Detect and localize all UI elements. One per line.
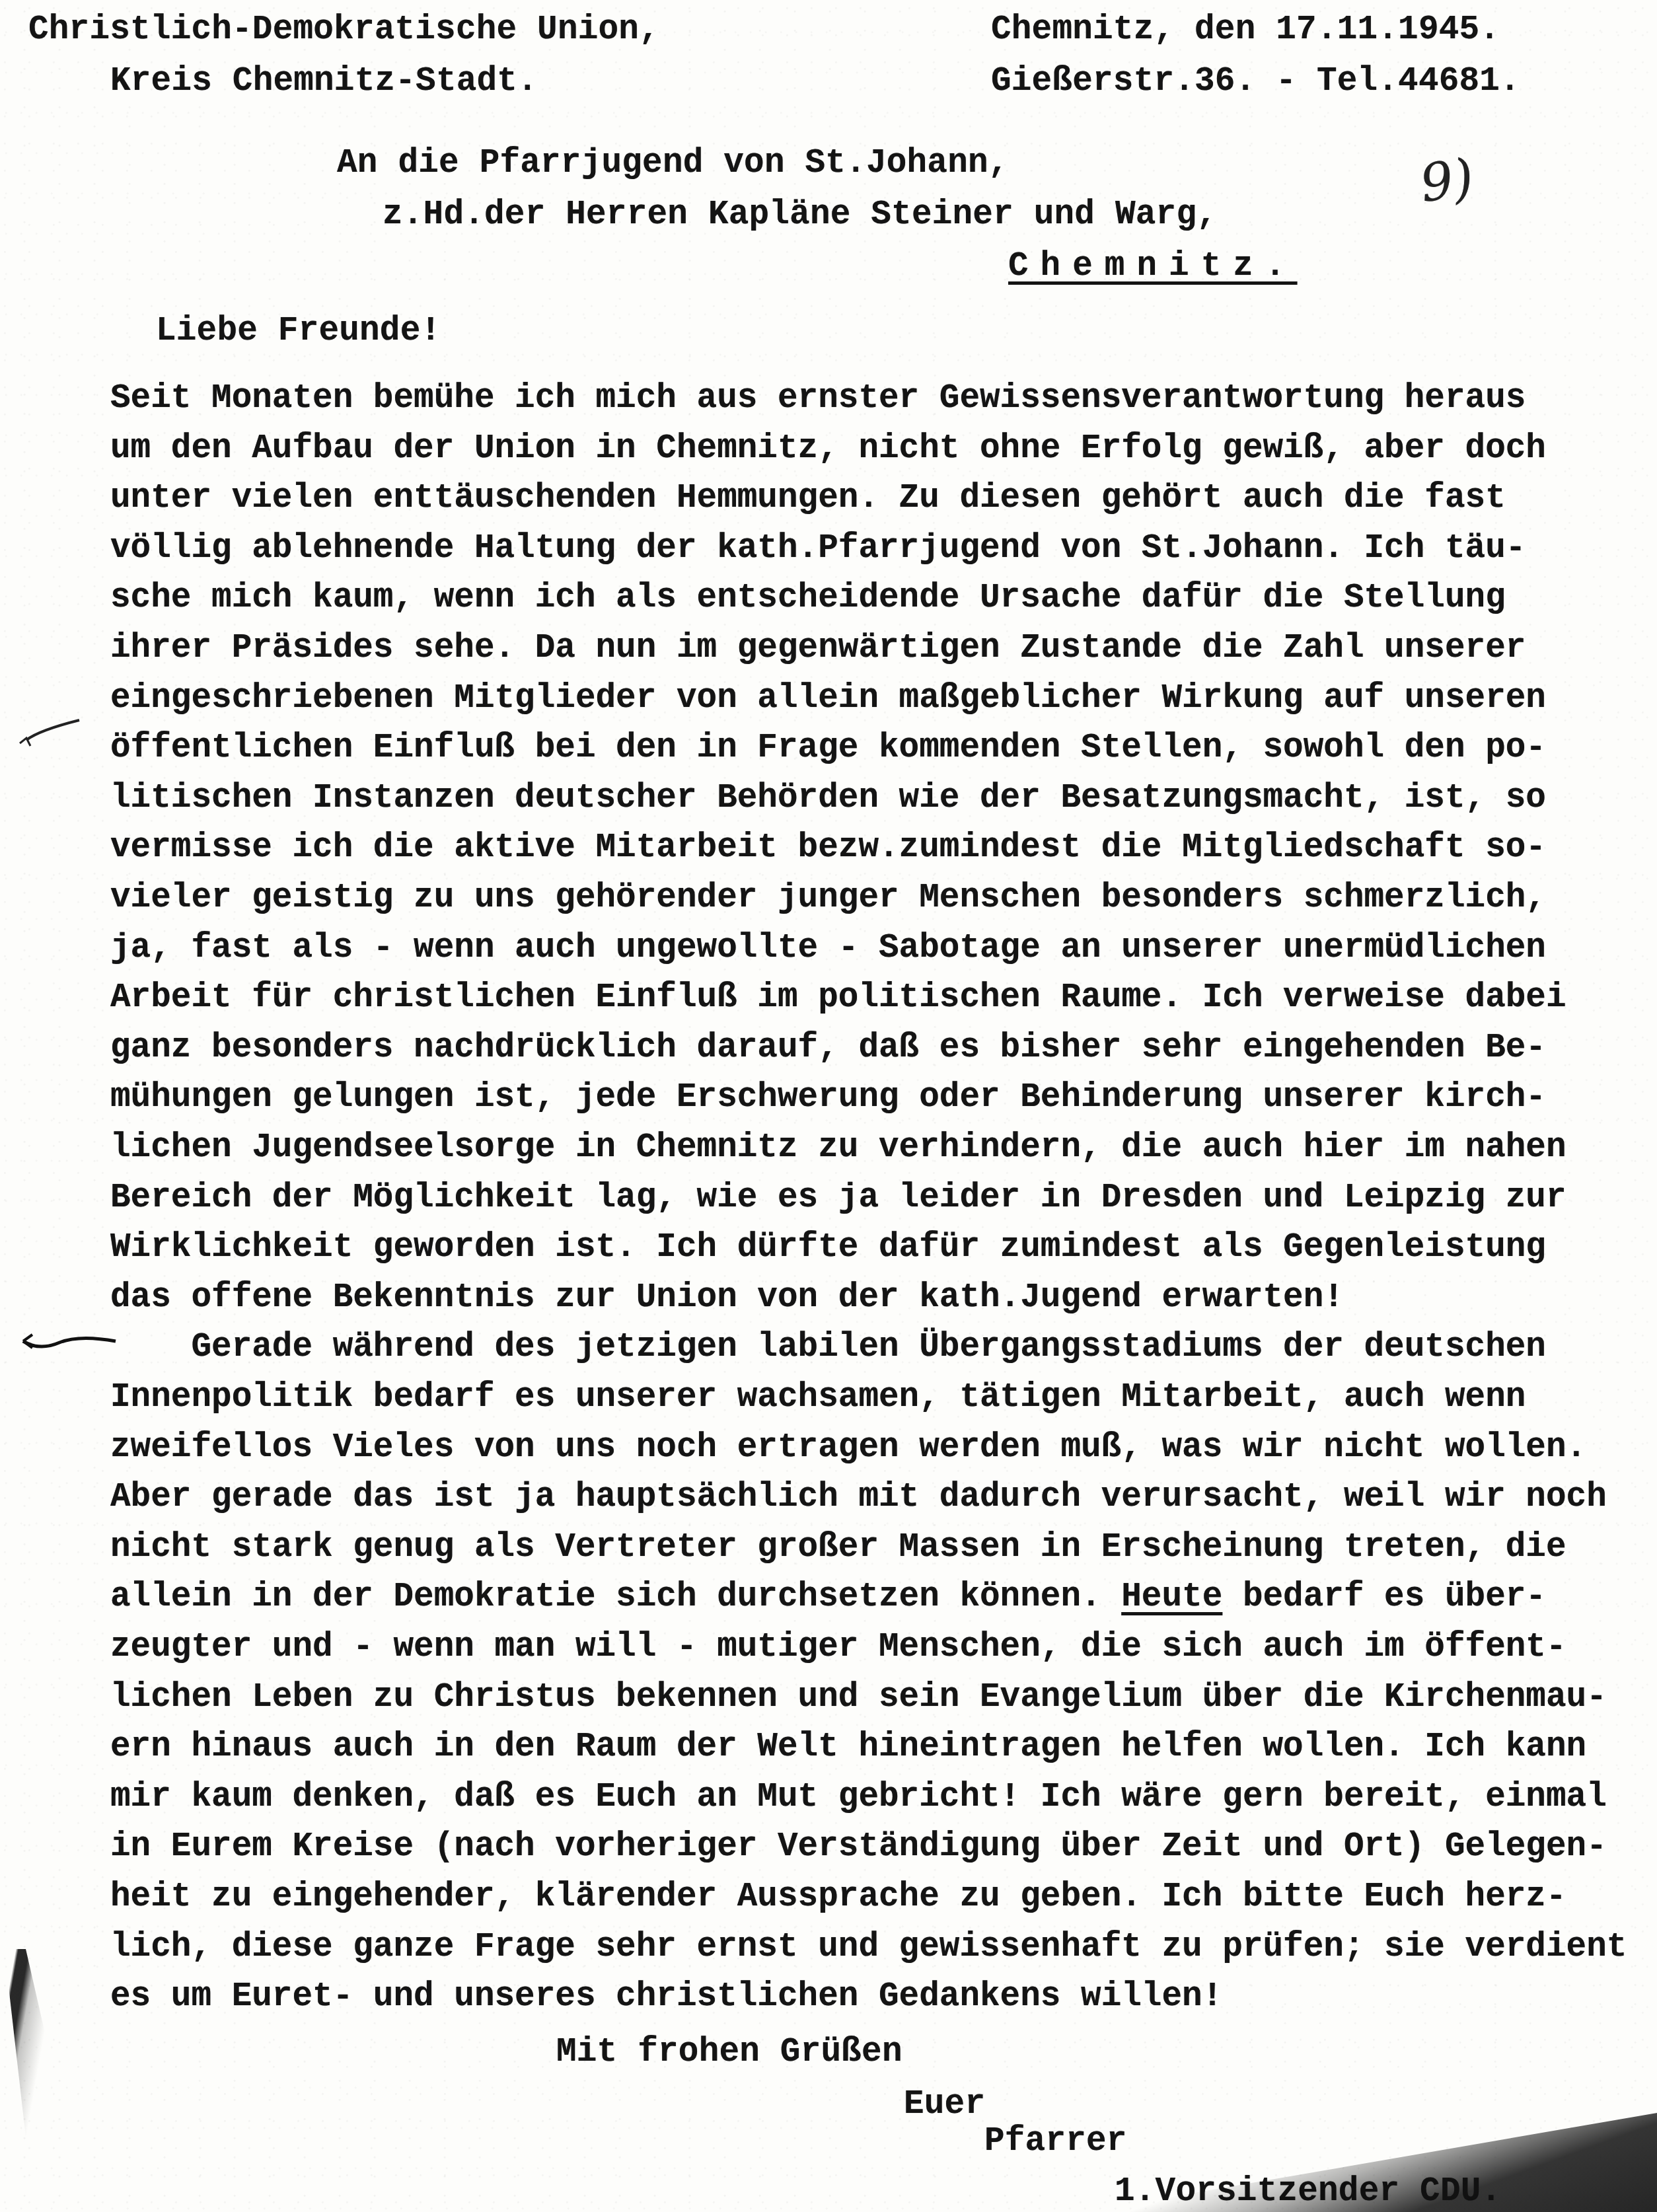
body-line: Seit Monaten bemühe ich mich aus ernster… <box>110 382 1526 416</box>
body-line: vermisse ich die aktive Mitarbeit bezw.z… <box>110 831 1546 865</box>
recipient-city: Chemnitz. <box>1008 250 1297 283</box>
scanned-letter-page: Christlich-Demokratische Union, Kreis Ch… <box>0 0 1657 2212</box>
recipient-line-1: An die Pfarrjugend von St.Johann, <box>337 147 1009 180</box>
scan-edge-shadow-bottom <box>1115 2113 1657 2212</box>
body-line: mühungen gelungen ist, jede Erschwerung … <box>110 1081 1546 1115</box>
body-line: litischen Instanzen deutscher Behörden w… <box>110 782 1546 815</box>
body-line: Wirklichkeit geworden ist. Ich dürfte da… <box>110 1231 1546 1265</box>
sender-district: Kreis Chemnitz-Stadt. <box>110 65 538 98</box>
letter-date: Chemnitz, den 17.11.1945. <box>991 13 1500 47</box>
body-line: sche mich kaum, wenn ich als entscheiden… <box>110 581 1506 615</box>
body-line: mir kaum denken, daß es Euch an Mut gebr… <box>110 1781 1607 1814</box>
body-line: Arbeit für christlichen Einfluß im polit… <box>110 981 1566 1015</box>
body-line: völlig ablehnende Haltung der kath.Pfarr… <box>110 532 1526 566</box>
salutation: Liebe Freunde! <box>156 314 441 348</box>
body-line: Gerade während des jetzigen labilen Über… <box>110 1331 1546 1364</box>
body-line: ja, fast als - wenn auch ungewollte - Sa… <box>110 932 1546 965</box>
handwritten-archive-number: 9) <box>1417 152 1477 210</box>
body-line: heit zu eingehender, klärender Aussprach… <box>110 1880 1566 1914</box>
body-line: um den Aufbau der Union in Chemnitz, nic… <box>110 432 1546 466</box>
margin-arrow-mark <box>20 1328 119 1354</box>
body-line: ganz besonders nachdrücklich darauf, daß… <box>110 1031 1546 1065</box>
body-line: Aber gerade das ist ja hauptsächlich mit… <box>110 1481 1607 1514</box>
margin-bracket-mark <box>13 714 86 760</box>
body-line: eingeschriebenen Mitglieder von allein m… <box>110 682 1546 716</box>
recipient-line-2: z.Hd.der Herren Kapläne Steiner und Warg… <box>383 198 1217 232</box>
closing-greeting: Mit frohen Grüßen <box>556 2036 902 2069</box>
body-line: Bereich der Möglichkeit lag, wie es ja l… <box>110 1181 1566 1215</box>
body-line: vieler geistig zu uns gehörender junger … <box>110 881 1546 915</box>
body-line: Innenpolitik bedarf es unserer wachsamen… <box>110 1381 1526 1415</box>
body-line: lich, diese ganze Frage sehr ernst und g… <box>110 1931 1627 1964</box>
sender-organization: Christlich-Demokratische Union, <box>28 13 659 47</box>
body-line: unter vielen enttäuschenden Hemmungen. Z… <box>110 482 1506 515</box>
body-line: zeugter und - wenn man will - mutiger Me… <box>110 1631 1566 1664</box>
body-line-text: bedarf es über- <box>1222 1578 1546 1616</box>
body-line: nicht stark genug als Vertreter großer M… <box>110 1531 1566 1565</box>
body-line: ern hinaus auch in den Raum der Welt hin… <box>110 1730 1586 1764</box>
body-line: öffentlichen Einfluß bei den in Frage ko… <box>110 731 1546 765</box>
body-line: lichen Jugendseelsorge in Chemnitz zu ve… <box>110 1131 1566 1165</box>
scan-edge-shadow-left <box>0 1949 86 2212</box>
body-line: das offene Bekenntnis zur Union von der … <box>110 1281 1344 1315</box>
body-line: zweifellos Vieles von uns noch ertragen … <box>110 1431 1586 1465</box>
body-line: ihrer Präsides sehe. Da nun im gegenwärt… <box>110 632 1526 665</box>
closing-euer: Euer <box>904 2088 985 2121</box>
body-line: es um Euret- und unseres christlichen Ge… <box>110 1980 1222 2014</box>
body-line: lichen Leben zu Christus bekennen und se… <box>110 1681 1607 1714</box>
body-line-text: allein in der Demokratie sich durchsetze… <box>110 1578 1121 1616</box>
body-line: in Eurem Kreise (nach vorheriger Verstän… <box>110 1830 1607 1864</box>
sender-address: Gießerstr.36. - Tel.44681. <box>991 65 1520 98</box>
body-line: allein in der Demokratie sich durchsetze… <box>110 1580 1546 1614</box>
signatory-title: Pfarrer <box>984 2125 1127 2158</box>
underlined-emphasis: Heute <box>1121 1578 1222 1616</box>
